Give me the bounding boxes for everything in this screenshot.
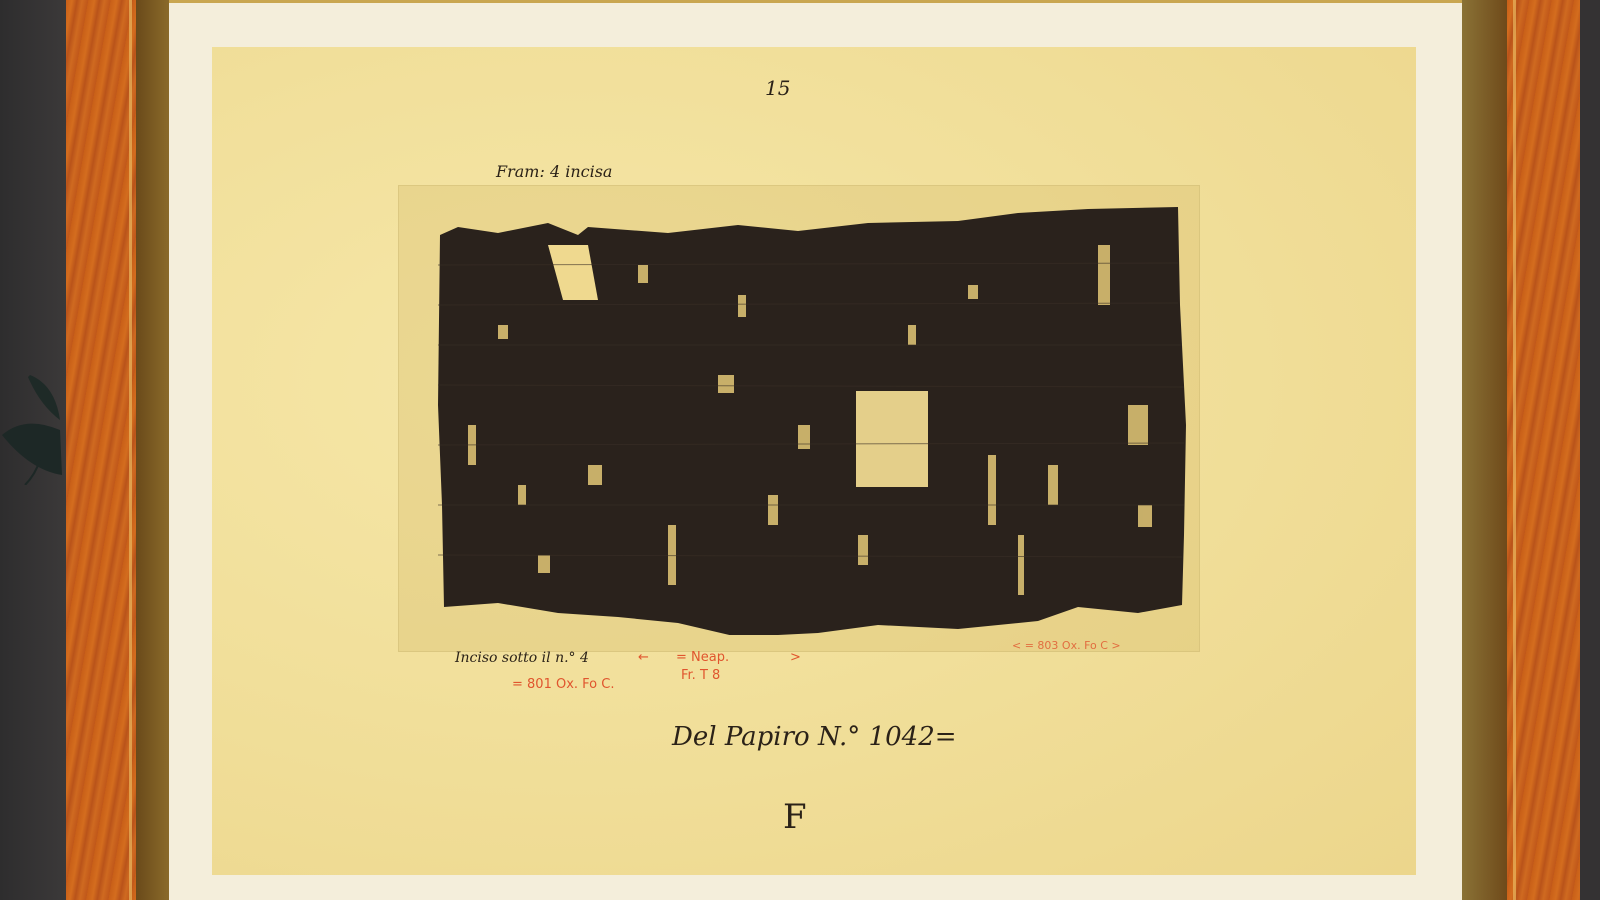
sheet-letter: F [783,797,807,837]
page-number: 15 [765,76,790,100]
papyrus-title: Del Papiro N.° 1042= [672,722,957,752]
red-note-neap: = Neap. [676,650,729,665]
engraving-note: Inciso sotto il n.° 4 [455,650,589,666]
frame-left [66,0,136,900]
frame-inner-shadow-left [136,0,169,900]
background-right [1580,0,1600,900]
papyrus-fragment [438,205,1186,635]
red-arrow-right: > [790,650,801,665]
red-note-oxford: = 801 Ox. Fo C. [512,677,614,692]
red-note-right: < = 803 Ox. Fo C > [1012,639,1121,652]
leaf-shadow [0,375,64,485]
fragment-label: Fram: 4 incisa [496,162,612,181]
red-arrow-left: ← [638,650,649,665]
frame-right [1507,0,1580,900]
mat-top-edge [169,0,1462,3]
red-note-neap-ref: Fr. T 8 [681,668,720,683]
frame-inner-shadow-right [1462,0,1507,900]
